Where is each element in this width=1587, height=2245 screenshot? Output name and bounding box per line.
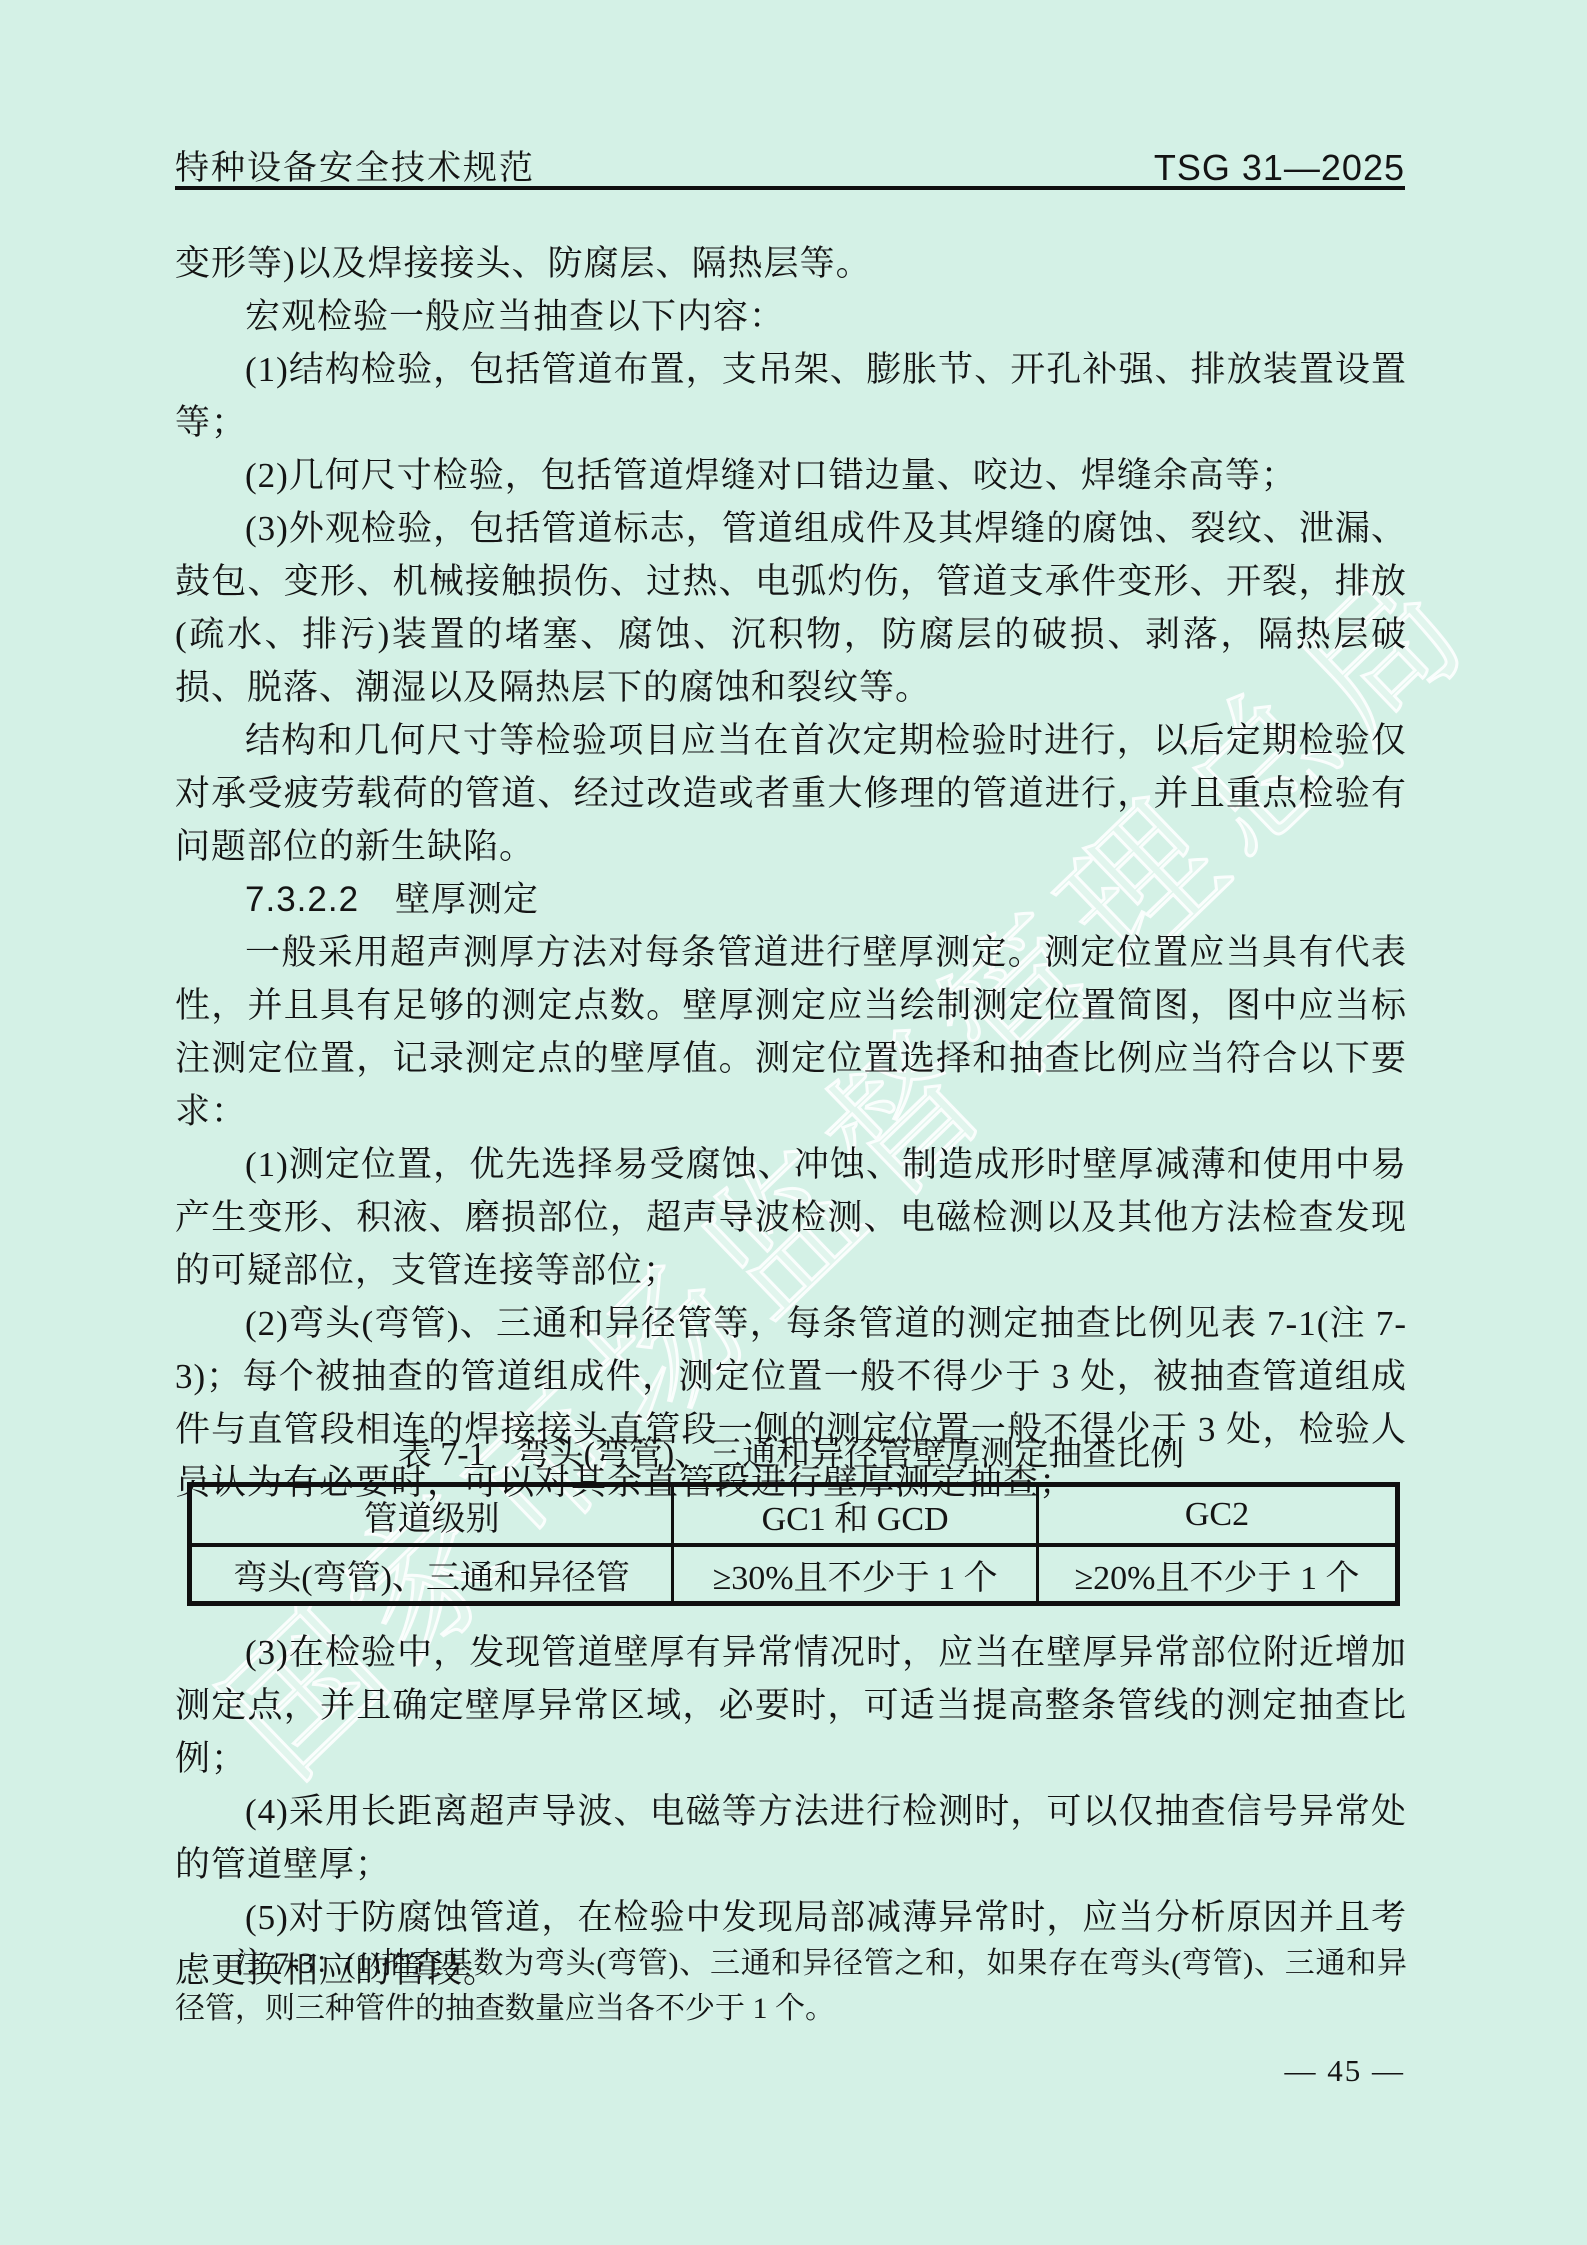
table-caption-text: 弯头(弯管)、三通和异径管壁厚测定抽查比例	[516, 1436, 1185, 1473]
footnote-text: 注 7-3：(1)抽查基数为弯头(弯管)、三通和异径管之和，如果存在弯头(弯管)…	[175, 1941, 1407, 2031]
paragraph: (1)测定位置，优先选择易受腐蚀、冲蚀、制造成形时壁厚减薄和使用中易产生变形、积…	[175, 1138, 1407, 1297]
table-header-cell: GC2	[1038, 1485, 1398, 1546]
table-header-cell: GC1 和 GCD	[673, 1485, 1038, 1546]
body-text-top: 变形等)以及焊接接头、防腐层、隔热层等。 宏观检验一般应当抽查以下内容： (1)…	[175, 237, 1407, 1509]
section-heading: 7.3.2.2 壁厚测定	[175, 873, 1407, 926]
paragraph: 结构和几何尺寸等检验项目应当在首次定期检验时进行，以后定期检验仅对承受疲劳载荷的…	[175, 714, 1407, 873]
paragraph: (1)结构检验，包括管道布置，支吊架、膨胀节、开孔补强、排放装置设置等；	[175, 343, 1407, 449]
table-row: 弯头(弯管)、三通和异径管 ≥30%且不少于 1 个 ≥20%且不少于 1 个	[190, 1545, 1398, 1604]
table-caption-label: 表 7-1	[398, 1436, 486, 1473]
page-header: 特种设备安全技术规范 TSG 31—2025	[175, 140, 1405, 189]
paragraph: 宏观检验一般应当抽查以下内容：	[175, 290, 1407, 343]
paragraph: 变形等)以及焊接接头、防腐层、隔热层等。	[175, 237, 1407, 290]
table-cell: ≥20%且不少于 1 个	[1038, 1545, 1398, 1604]
page-number: — 45 —	[1285, 2053, 1406, 2089]
header-rule	[175, 186, 1405, 190]
table-header-cell: 管道级别	[190, 1485, 673, 1546]
table-header-row: 管道级别 GC1 和 GCD GC2	[190, 1485, 1398, 1546]
paragraph: 一般采用超声测厚方法对每条管道进行壁厚测定。测定位置应当具有代表性，并且具有足够…	[175, 926, 1407, 1138]
header-document-code: TSG 31—2025	[1154, 147, 1405, 189]
sampling-ratio-table: 管道级别 GC1 和 GCD GC2 弯头(弯管)、三通和异径管 ≥30%且不少…	[187, 1482, 1400, 1606]
table-cell: ≥30%且不少于 1 个	[673, 1545, 1038, 1604]
document-page: 国家市场监督管理总局 特种设备安全技术规范 TSG 31—2025 变形等)以及…	[0, 0, 1587, 2245]
paragraph: (2)几何尺寸检验，包括管道焊缝对口错边量、咬边、焊缝余高等；	[175, 449, 1407, 502]
paragraph: (4)采用长距离超声导波、电磁等方法进行检测时，可以仅抽查信号异常处的管道壁厚；	[175, 1785, 1407, 1891]
footnote: 注 7-3：(1)抽查基数为弯头(弯管)、三通和异径管之和，如果存在弯头(弯管)…	[175, 1941, 1407, 2031]
table-caption: 表 7-1弯头(弯管)、三通和异径管壁厚测定抽查比例	[175, 1428, 1407, 1481]
paragraph: (3)外观检验，包括管道标志，管道组成件及其焊缝的腐蚀、裂纹、泄漏、鼓包、变形、…	[175, 502, 1407, 714]
paragraph: (3)在检验中，发现管道壁厚有异常情况时，应当在壁厚异常部位附近增加测定点，并且…	[175, 1626, 1407, 1785]
header-title: 特种设备安全技术规范	[175, 140, 535, 189]
table-cell: 弯头(弯管)、三通和异径管	[190, 1545, 673, 1604]
